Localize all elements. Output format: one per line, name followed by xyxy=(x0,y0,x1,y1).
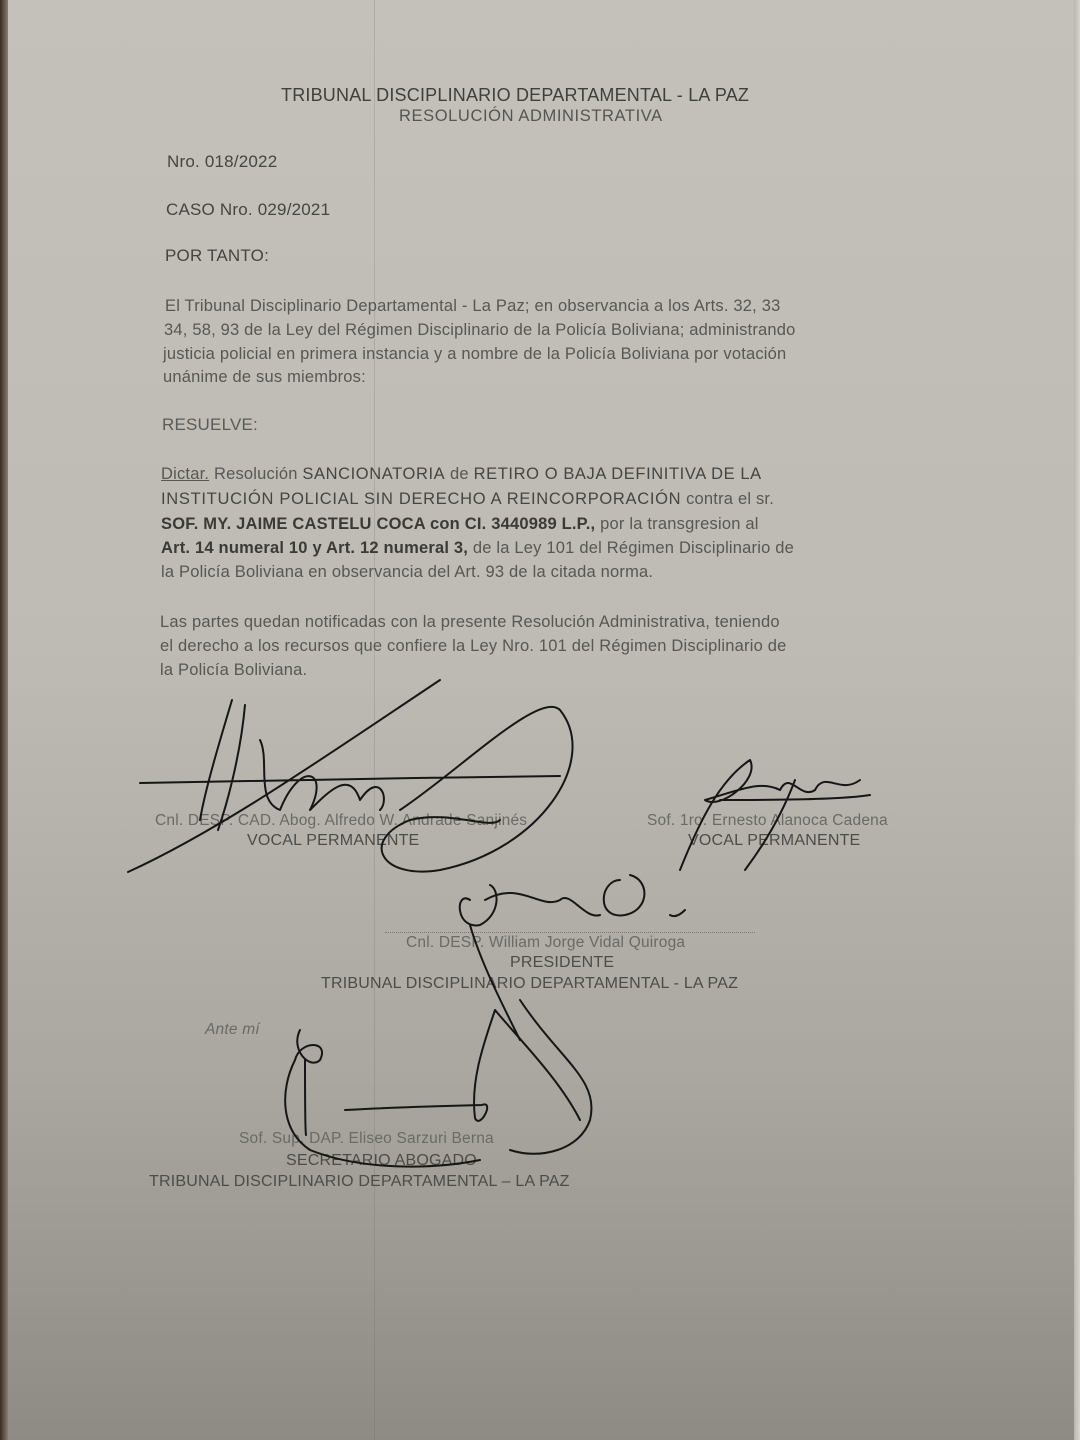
accused-name: SOF. MY. JAIME CASTELU COCA con CI. 3440… xyxy=(161,515,595,533)
paper-edge-left xyxy=(0,0,8,1440)
text-span: de xyxy=(445,465,473,483)
text-span: por la transgresion al xyxy=(595,515,758,533)
resolution-line: SOF. MY. JAIME CASTELU COCA con CI. 3440… xyxy=(161,515,759,534)
preamble-line: unánime de sus miembros: xyxy=(163,368,366,387)
document-type: RESOLUCIÓN ADMINISTRATIVA xyxy=(399,107,663,126)
institution-header: TRIBUNAL DISCIPLINARIO DEPARTAMENTAL - L… xyxy=(281,85,749,106)
text-span: de la Ley 101 del Régimen Disciplinario … xyxy=(468,539,794,557)
resolution-line: INSTITUCIÓN POLICIAL SIN DERECHO A REINC… xyxy=(161,490,774,509)
ante-mi-label: Ante mí xyxy=(205,1021,260,1039)
resuelve-label: RESUELVE: xyxy=(162,415,258,435)
secretary-role: SECRETARIO ABOGADO xyxy=(286,1152,477,1170)
handwritten-signatures xyxy=(0,0,1080,1440)
notice-line: Las partes quedan notificadas con la pre… xyxy=(160,613,780,632)
resolution-line: Art. 14 numeral 10 y Art. 12 numeral 3, … xyxy=(161,539,794,558)
notice-line: la Policía Boliviana. xyxy=(160,661,307,680)
articles-cited: Art. 14 numeral 10 y Art. 12 numeral 3, xyxy=(161,539,468,557)
secretary-org: TRIBUNAL DISCIPLINARIO DEPARTAMENTAL – L… xyxy=(149,1173,570,1191)
signature-line xyxy=(385,932,755,933)
president-name: Cnl. DESP. William Jorge Vidal Quiroga xyxy=(406,934,685,952)
preamble-line: 34, 58, 93 de la Ley del Régimen Discipl… xyxy=(164,321,796,340)
resolution-line: la Policía Boliviana en observancia del … xyxy=(161,563,653,582)
preamble-line: justicia policial en primera instancia y… xyxy=(163,345,786,364)
dictar-word: Dictar. xyxy=(161,465,209,483)
resolution-number: Nro. 018/2022 xyxy=(167,152,277,172)
text-span: Resolución xyxy=(209,465,302,483)
president-org: TRIBUNAL DISCIPLINARIO DEPARTAMENTAL - L… xyxy=(321,975,738,993)
case-number: CASO Nro. 029/2021 xyxy=(166,200,330,220)
text-span: RETIRO O BAJA DEFINITIVA DE LA xyxy=(474,465,762,483)
vocal1-name: Cnl. DESP. CAD. Abog. Alfredo W. Andrade… xyxy=(155,812,527,830)
paper-fold-line xyxy=(374,0,375,1440)
notice-line: el derecho a los recursos que confiere l… xyxy=(160,637,787,656)
text-span: INSTITUCIÓN POLICIAL SIN DERECHO A REINC… xyxy=(161,490,681,508)
text-span: SANCIONATORIA xyxy=(302,465,445,483)
vocal2-role: VOCAL PERMANENTE xyxy=(688,832,860,850)
vocal2-name: Sof. 1ro. Ernesto Alanoca Cadena xyxy=(647,812,888,830)
secretary-name: Sof. Sup. DAP. Eliseo Sarzuri Berna xyxy=(239,1130,494,1148)
resolution-line: Dictar. Resolución SANCIONATORIA de RETI… xyxy=(161,465,762,484)
signature-president xyxy=(460,875,685,1154)
paper-edge-right xyxy=(1074,0,1080,1440)
por-tanto-label: POR TANTO: xyxy=(165,246,269,266)
text-span: contra el sr. xyxy=(681,490,774,508)
president-role: PRESIDENTE xyxy=(510,954,614,972)
vocal1-role: VOCAL PERMANENTE xyxy=(247,832,419,850)
preamble-line: El Tribunal Disciplinario Departamental … xyxy=(165,297,781,316)
